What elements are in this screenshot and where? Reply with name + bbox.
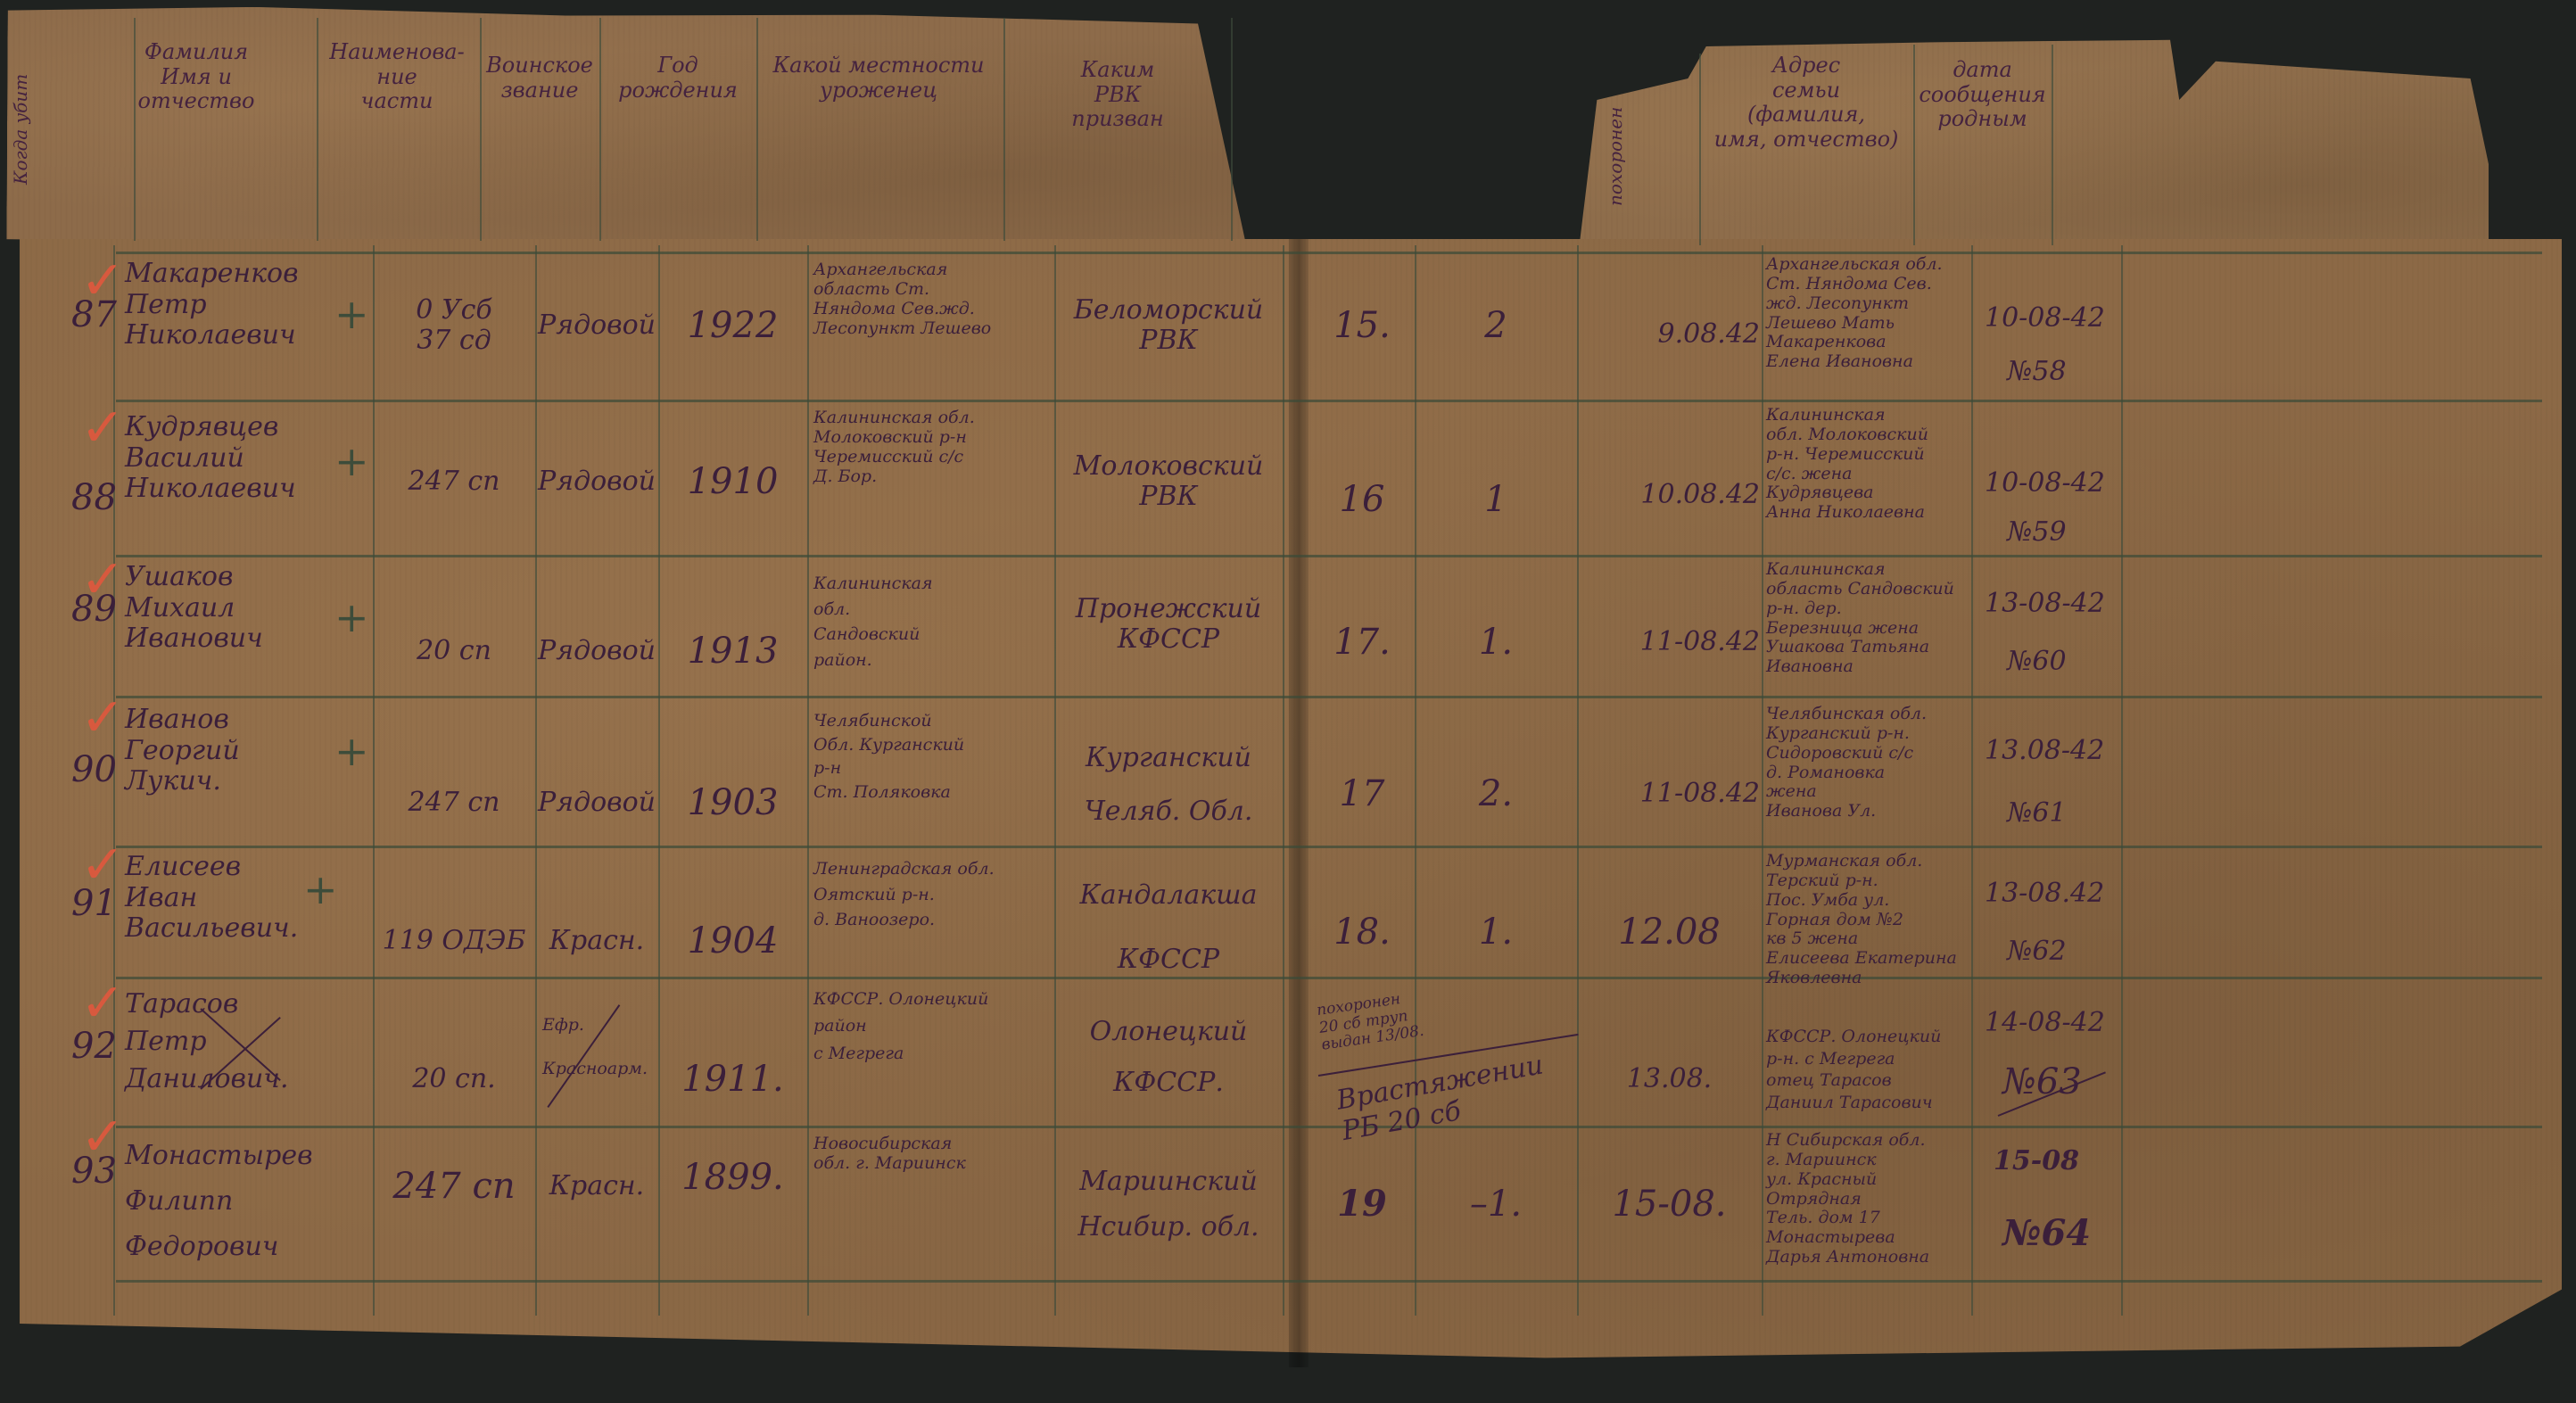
grid-line [2121, 245, 2123, 1316]
header-unit: Наименова- ние части [321, 40, 473, 114]
check-mark: ✓ [80, 687, 125, 749]
birth-year: 1899. [681, 1157, 784, 1198]
col-b: 1. [1479, 912, 1513, 953]
cross-mark: + [334, 437, 369, 485]
col-b: –1. [1470, 1184, 1522, 1225]
notice-number: №61 [2007, 798, 2067, 829]
rank: Ефр. Красноарм. [542, 1003, 658, 1092]
soldier-name: Кудрявцев Василий Николаевич [125, 412, 370, 505]
page-fold [1289, 239, 1309, 1367]
header-notice-date: дата сообщения родным [1918, 58, 2047, 132]
family-address: Архангельская обл. Ст. Няндома Сев. жд. … [1766, 255, 1969, 372]
unit: 247 сп [392, 1166, 515, 1207]
origin: Архангельская область Ст. Няндома Сев.жд… [813, 260, 1053, 338]
col-b: 1. [1479, 622, 1513, 663]
origin: КФССР. Олонецкий район с Мегрега [813, 986, 1053, 1067]
rvk: Мариинский Нсибир. обл. [1077, 1159, 1259, 1250]
cross-mark: + [303, 865, 338, 913]
col-a: 17. [1333, 622, 1391, 663]
family-address: Н Сибирская обл. г. Мариинск ул. Красный… [1766, 1131, 1971, 1267]
grid-line [480, 18, 482, 241]
row-number: 89 [71, 589, 117, 630]
notice-number: №62 [2007, 937, 2067, 968]
unit: 247 сп [409, 788, 500, 819]
family-address: Калининская область Сандовский р-н. дер.… [1766, 560, 1969, 677]
notice-date: 15-08 [1994, 1146, 2079, 1177]
notice-date: 10-08-42 [1985, 468, 2105, 499]
row-number: 92 [71, 1026, 117, 1067]
death-date: 12.08 [1618, 912, 1721, 953]
notice-number: №58 [2007, 357, 2067, 388]
birth-year: 1911. [681, 1059, 784, 1100]
unit: 247 сп [409, 466, 500, 498]
row-number: 93 [71, 1151, 117, 1192]
notice-date: 13-08-42 [1985, 589, 2105, 620]
grid-line [599, 18, 601, 241]
soldier-name: Ушаков Михаил Иванович [125, 562, 366, 655]
grid-line [1971, 245, 1973, 1316]
col-a: 17 [1340, 773, 1385, 814]
birth-year: 1903 [688, 782, 779, 823]
death-date: 10.08.42 [1640, 480, 1760, 511]
cross-mark: + [334, 727, 369, 775]
birth-year: 1913 [688, 631, 779, 672]
header-origin: Какой местности уроженец [758, 54, 999, 103]
col-a: 15. [1333, 305, 1391, 346]
row-line [116, 400, 2542, 402]
notice-number: №64 [2002, 1213, 2091, 1254]
birth-year: 1904 [688, 920, 779, 961]
birth-year: 1910 [688, 461, 779, 502]
grid-line [1283, 245, 1284, 1316]
col-b: 2. [1479, 773, 1513, 814]
grid-line [1003, 18, 1005, 241]
rank: Рядовой [538, 466, 656, 498]
soldier-name: Тарасов Петр Данилович. [125, 986, 366, 1098]
family-address: Калининская обл. Молоковский р-н. Череми… [1766, 406, 1969, 523]
header-buried: похоронен [1606, 71, 1641, 241]
col-a: 19 [1337, 1184, 1387, 1225]
rank: Рядовой [538, 636, 656, 667]
unit: 119 ОДЭБ [383, 926, 526, 957]
cross-mark: + [334, 290, 369, 338]
grid-line [807, 245, 809, 1316]
grid-line [1699, 54, 1701, 245]
rvk: Кандалакша КФССР [1080, 863, 1258, 992]
grid-line [317, 18, 318, 241]
unit: 0 Усб 37 сд [416, 295, 491, 357]
rvk: Олонецкий КФССР. [1090, 1006, 1248, 1108]
origin: Ленинградская обл. Оятский р-н. д. Ваноо… [813, 856, 1053, 933]
header-rvk: Каким РВК призван [1006, 58, 1229, 132]
col-b: 2 [1484, 305, 1507, 346]
family-address: Мурманская обл. Терский р-н. Пос. Умба у… [1766, 852, 1985, 988]
col-a: 16 [1340, 479, 1385, 520]
family-address: Челябинская обл. Курганский р-н. Сидоров… [1766, 705, 1969, 821]
rvk: Беломорский РВК [1074, 295, 1263, 357]
birth-year: 1922 [688, 305, 779, 346]
margin-note: Когда убит [11, 27, 46, 232]
row-number: 90 [71, 749, 117, 790]
row-number: 88 [71, 477, 117, 518]
grid-line [756, 18, 758, 241]
unit: 20 сп. [412, 1064, 495, 1095]
origin: Челябинской Обл. Курганский р-н Ст. Поля… [813, 709, 1053, 804]
rvk: Курганский Челяб. Обл. [1085, 731, 1253, 838]
soldier-name: Монастырев Филипп Федорович [125, 1133, 375, 1269]
soldier-name: Макаренков Петр Николаевич [125, 259, 366, 351]
notice-number: №60 [2007, 647, 2067, 678]
notice-date: 14-08-42 [1985, 1008, 2105, 1039]
notice-date: 10-08-42 [1985, 303, 2105, 334]
rvk: Молоковский РВК [1074, 451, 1264, 513]
cross-mark: + [334, 593, 369, 641]
row-number: 87 [71, 294, 117, 335]
rank: Рядовой [538, 788, 656, 819]
notice-date: 13.08-42 [1985, 736, 2104, 767]
soldier-name: Иванов Георгий Лукич. [125, 705, 366, 797]
death-date: 13.08. [1627, 1064, 1712, 1095]
death-date: 11-08.42 [1640, 627, 1760, 658]
grid-line [2052, 45, 2053, 245]
family-address: КФССР. Олонецкий р-н. с Мегрега отец Тар… [1766, 1026, 1969, 1114]
origin: Калининская обл. Молоковский р-н Черемис… [813, 409, 1053, 486]
rank: Рядовой [538, 310, 656, 342]
row-number: 91 [71, 883, 117, 924]
header-rank: Воинское звание [482, 54, 598, 103]
notice-number: №59 [2007, 517, 2067, 549]
origin: Калининская обл. Сандовский район. [813, 571, 1053, 673]
row-line [116, 252, 2542, 254]
row-line [116, 1280, 2542, 1283]
death-date: 9.08.42 [1657, 319, 1760, 351]
origin: Новосибирская обл. г. Мариинск [813, 1135, 1053, 1174]
header-family-address: Адрес семьи (фамилия, имя, отчество) [1704, 54, 1909, 152]
unit: 20 сп [417, 636, 491, 667]
grid-line [1762, 245, 1763, 1316]
notice-date: 13-08.42 [1985, 879, 2104, 910]
col-b: 1 [1484, 479, 1507, 520]
rvk: Пронежский КФССР [1076, 594, 1261, 656]
grid-line [1231, 18, 1233, 241]
death-date: 15-08. [1612, 1184, 1726, 1225]
rank: Красн. [549, 1171, 644, 1202]
check-mark: ✓ [80, 397, 125, 459]
header-birth-year: Год рождения [602, 54, 754, 103]
death-date: 11-08.42 [1640, 779, 1760, 810]
rank: Красн. [549, 926, 644, 957]
col-a: 18. [1333, 912, 1391, 953]
grid-line [1913, 45, 1915, 245]
header-name: Фамилия Имя и отчество [89, 40, 303, 114]
